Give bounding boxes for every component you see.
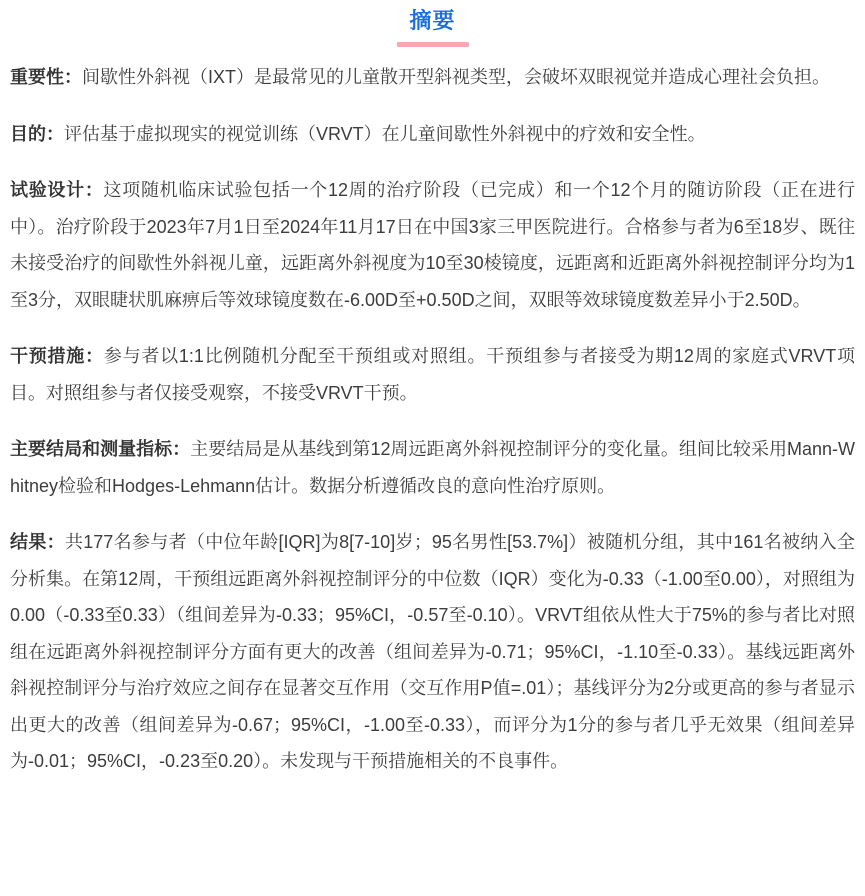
section-objective: 目的：评估基于虚拟现实的视觉训练（VRVT）在儿童间歇性外斜视中的疗效和安全性。 — [10, 116, 855, 153]
section-text: 间歇性外斜视（IXT）是最常见的儿童散开型斜视类型，会破坏双眼视觉并造成心理社会… — [82, 67, 830, 87]
section-outcomes-measures: 主要结局和测量指标：主要结局是从基线到第12周远距离外斜视控制评分的变化量。组间… — [10, 431, 855, 504]
section-label: 主要结局和测量指标： — [10, 439, 190, 459]
section-label: 重要性： — [10, 67, 82, 87]
section-results: 结果：共177名参与者（中位年龄[IQR]为8[7-10]岁；95名男性[53.… — [10, 524, 855, 780]
section-importance: 重要性：间歇性外斜视（IXT）是最常见的儿童散开型斜视类型，会破坏双眼视觉并造成… — [10, 59, 855, 96]
section-interventions: 干预措施：参与者以1:1比例随机分配至干预组或对照组。干预组参与者接受为期12周… — [10, 338, 855, 411]
abstract-page: 摘要 重要性：间歇性外斜视（IXT）是最常见的儿童散开型斜视类型，会破坏双眼视觉… — [0, 0, 865, 896]
section-label: 试验设计： — [10, 180, 104, 200]
section-label: 干预措施： — [10, 346, 104, 366]
section-design: 试验设计：这项随机临床试验包括一个12周的治疗阶段（已完成）和一个12个月的随访… — [10, 172, 855, 318]
section-text: 共177名参与者（中位年龄[IQR]为8[7-10]岁；95名男性[53.7%]… — [10, 532, 855, 771]
abstract-title: 摘要 — [10, 0, 855, 32]
section-text: 这项随机临床试验包括一个12周的治疗阶段（已完成）和一个12个月的随访阶段（正在… — [10, 180, 855, 310]
title-underline-accent — [397, 42, 469, 47]
section-label: 目的： — [10, 124, 64, 144]
section-text: 评估基于虚拟现实的视觉训练（VRVT）在儿童间歇性外斜视中的疗效和安全性。 — [64, 124, 706, 144]
section-label: 结果： — [10, 532, 65, 552]
section-text: 参与者以1:1比例随机分配至干预组或对照组。干预组参与者接受为期12周的家庭式V… — [10, 346, 855, 403]
